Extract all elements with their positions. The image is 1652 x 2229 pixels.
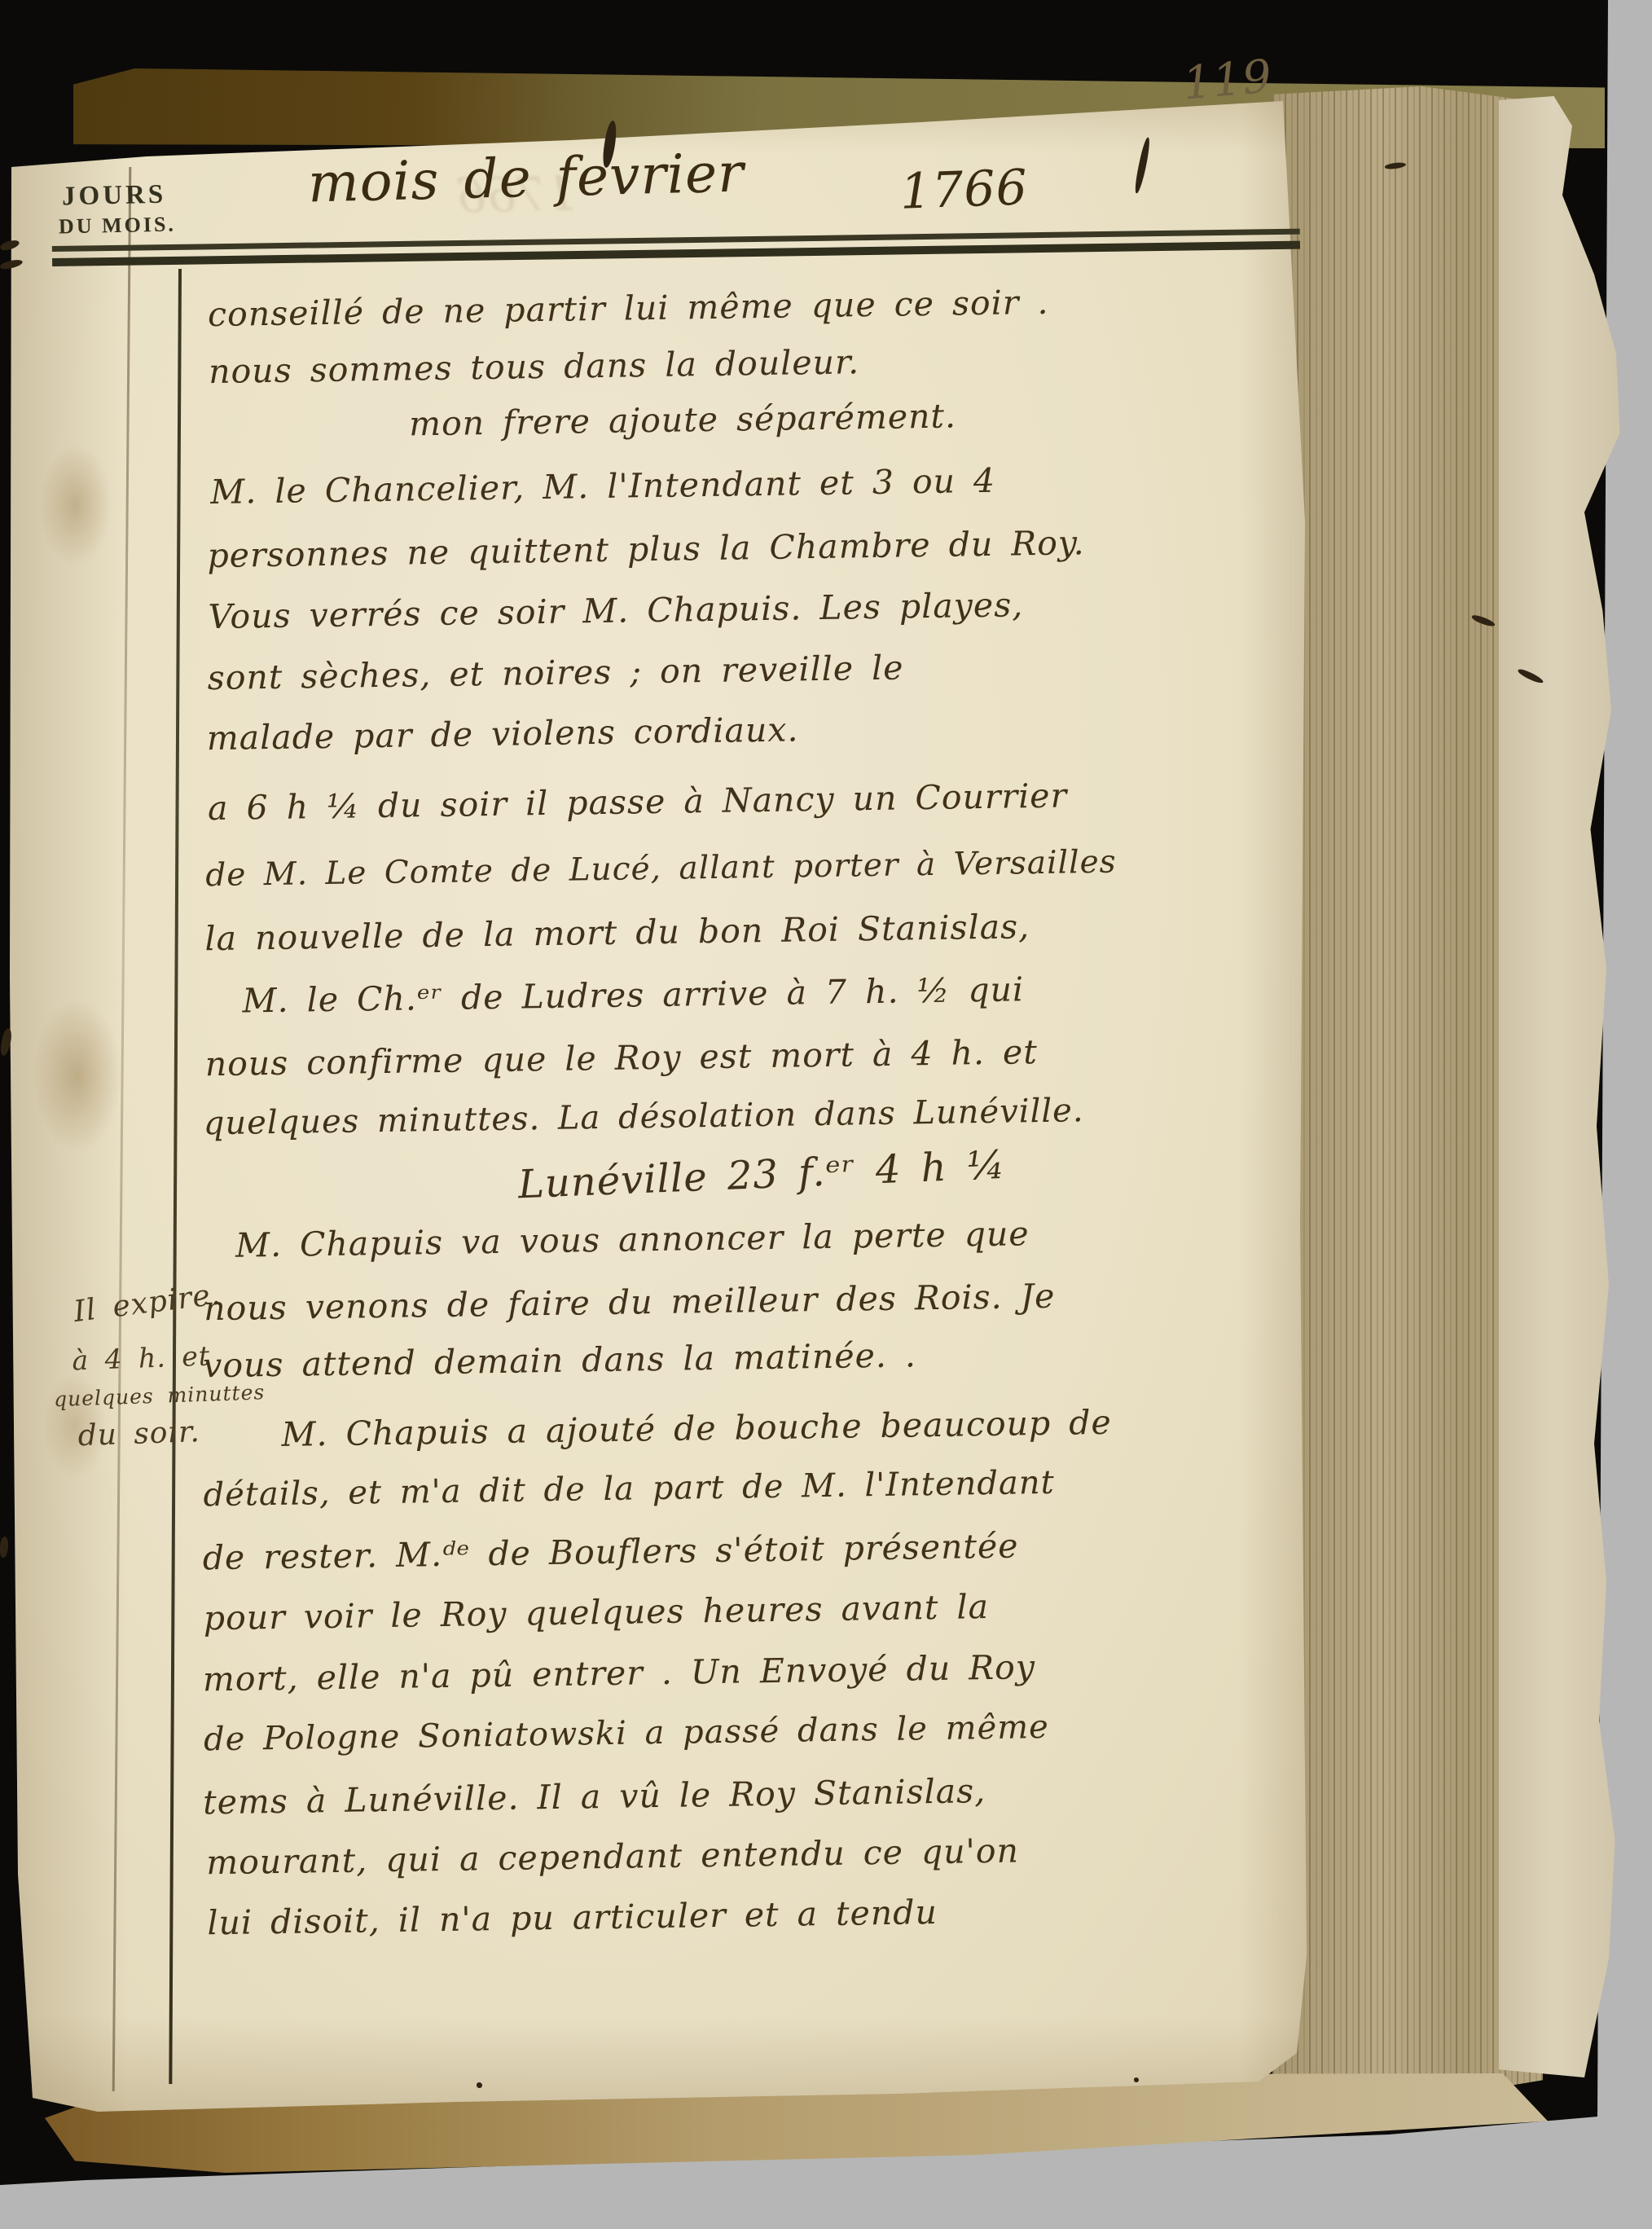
body-line: personnes ne quittent plus la Chambre du… <box>207 523 1085 575</box>
body-line: M. le Ch.ᵉʳ de Ludres arrive à 7 h. ½ qu… <box>242 969 1024 1020</box>
body-line: de M. Le Comte de Lucé, allant porter à … <box>205 844 1117 895</box>
body-line: sont sèches, et noires ; on reveille le <box>207 648 903 697</box>
body-line: détails, et m'a dit de la part de M. l'I… <box>203 1464 1055 1514</box>
body-line: a 6 h ¼ du soir il passe à Nancy un Cour… <box>208 776 1068 828</box>
body-line: M. Chapuis a ajouté de bouche beaucoup d… <box>281 1403 1112 1454</box>
body-line: de Pologne Soniatowski a passé dans le m… <box>204 1708 1049 1758</box>
body-line: Vous verrés ce soir M. Chapuis. Les play… <box>208 585 1023 636</box>
scanned-book-page: JOURS DU MOIS. 1766 mois de fevrier 1766… <box>0 0 1652 2229</box>
body-line: mourant, qui a cependant entendu ce qu'o… <box>206 1831 1019 1883</box>
body-line: M. Chapuis va vous annoncer la perte que <box>235 1214 1030 1264</box>
body-line: vous attend demain dans la matinée. . <box>203 1335 916 1385</box>
body-line: nous venons de faire du meilleur des Roi… <box>204 1277 1056 1329</box>
body-line: tems à Lunéville. Il a vû le Roy Stanisl… <box>203 1771 986 1822</box>
body-line: quelques minuttes. La désolation dans Lu… <box>203 1092 1083 1142</box>
body-line: mort, elle n'a pû entrer . Un Envoyé du … <box>203 1647 1036 1699</box>
body-line: la nouvelle de la mort du bon Roi Stanis… <box>204 907 1030 958</box>
body-line: lui disoit, il n'a pu articuler et a ten… <box>207 1893 938 1942</box>
body-line: malade par de violens cordiaux. <box>206 710 798 758</box>
journal-entry-text: conseillé de ne partir lui même que ce s… <box>0 0 1652 2229</box>
body-line: mon frere ajoute séparément. <box>409 396 957 443</box>
ink-speck <box>477 2082 482 2088</box>
body-line: nous confirme que le Roy est mort à 4 h.… <box>204 1032 1038 1084</box>
body-line: de rester. M.ᵈᵉ de Bouflers s'étoit prés… <box>202 1526 1018 1577</box>
body-line: nous sommes tous dans la douleur. <box>209 342 860 391</box>
body-line: pour voir le Roy quelques heures avant l… <box>203 1587 989 1638</box>
body-line: Lunéville 23 f.ᵉʳ 4 h ¼ <box>517 1142 1006 1207</box>
body-line: M. le Chancelier, M. l'Intendant et 3 ou… <box>210 461 995 512</box>
body-line: conseillé de ne partir lui même que ce s… <box>208 283 1049 334</box>
ink-speck <box>1134 2077 1139 2082</box>
